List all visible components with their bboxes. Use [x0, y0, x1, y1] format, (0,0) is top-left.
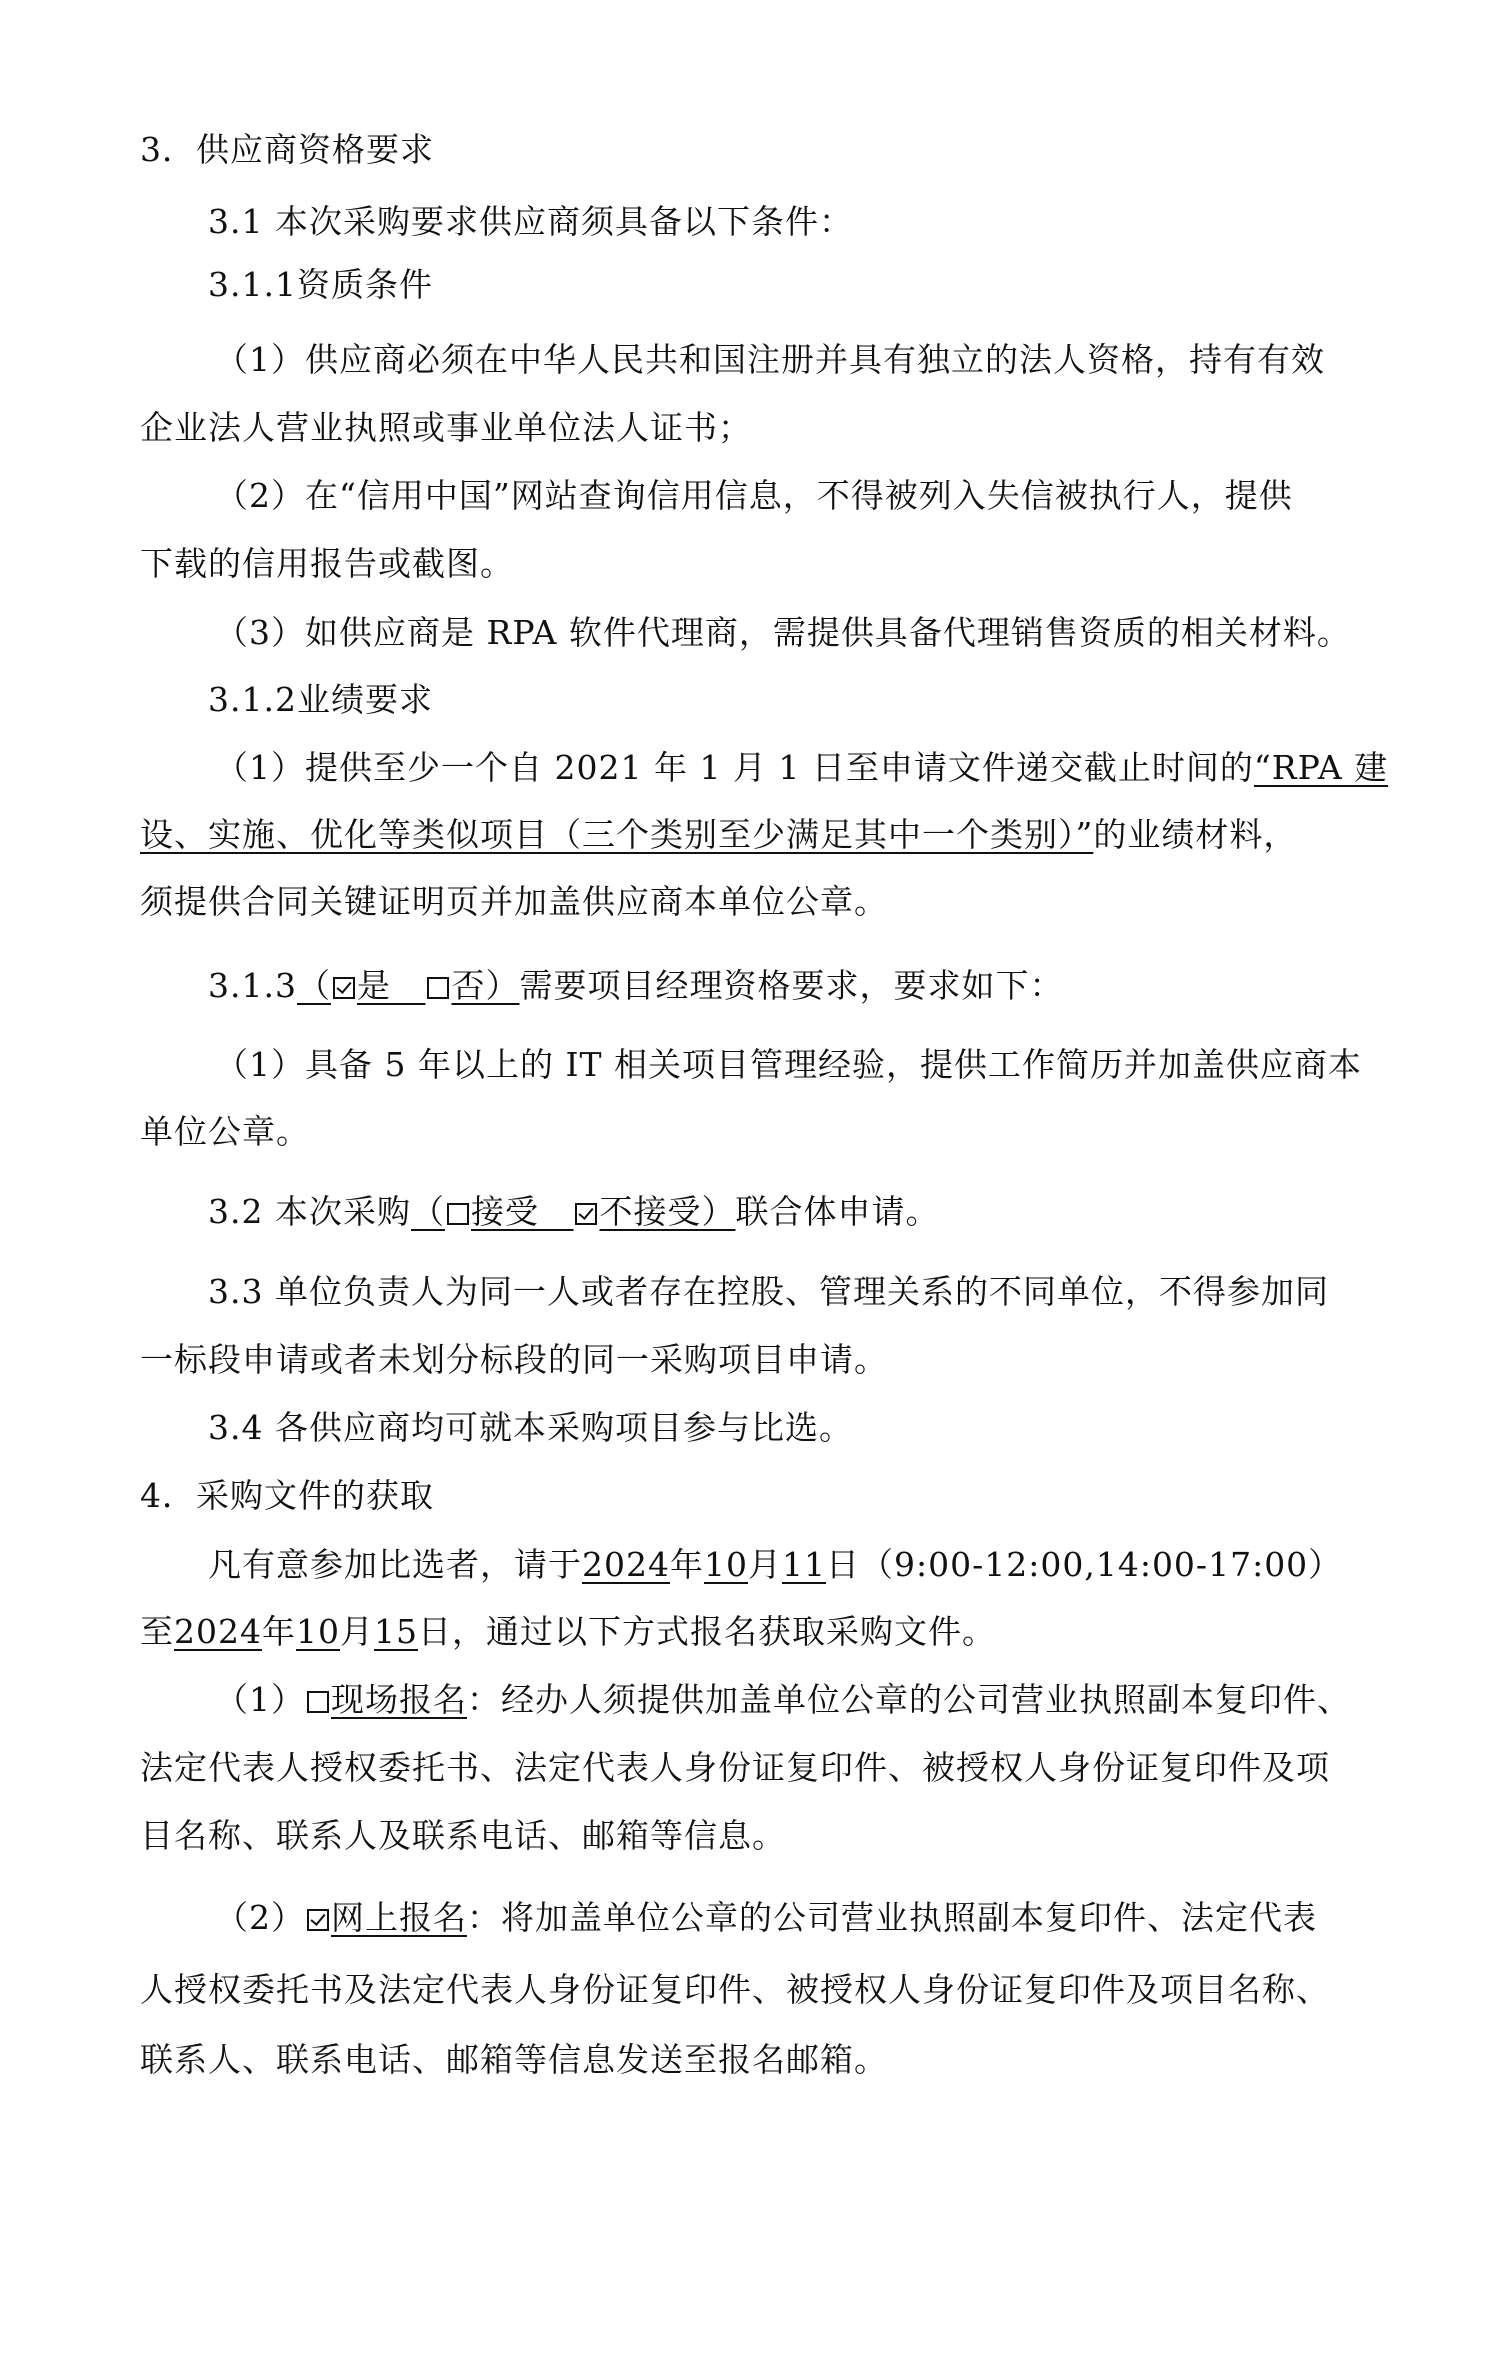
year-label: 年	[670, 1545, 704, 1584]
pm-no-label: 否）	[451, 966, 519, 1005]
online-label: 网上报名	[331, 1898, 467, 1937]
year-label: 年	[262, 1612, 296, 1651]
onsite-checkbox[interactable]	[307, 1691, 329, 1713]
day-and-times: 日（9:00-12:00,14:00-17:00）	[826, 1545, 1342, 1584]
clause-3-1-3-number: 3.1.3	[208, 966, 297, 1005]
clause-3-2-text: 3.2 本次采购	[208, 1192, 411, 1231]
onsite-number: （1）	[215, 1680, 305, 1719]
pm-1-line2: 单位公章。	[140, 1112, 310, 1152]
clause-3-3-line1: 3.3 单位负责人为同一人或者存在控股、管理关系的不同单位，不得参加同	[208, 1272, 1329, 1312]
clause-3-1-3: 3.1.3（是 否）需要项目经理资格要求，要求如下：	[208, 966, 1063, 1006]
open-paren: （	[411, 1192, 445, 1231]
clause-3-3-line2: 一标段申请或者未划分标段的同一采购项目申请。	[140, 1340, 888, 1380]
onsite-text: ：经办人须提供加盖单位公章的公司营业执照副本复印件、	[467, 1680, 1351, 1719]
performance-1-suffix: 的业绩材料，	[1093, 815, 1297, 854]
month-label: 月	[748, 1545, 782, 1584]
to-label: 至	[140, 1612, 174, 1651]
end-day: 15	[374, 1612, 418, 1652]
online-text: ：将加盖单位公章的公司营业执照副本复印件、法定代表	[467, 1898, 1317, 1937]
qualification-1-line1: （1）供应商必须在中华人民共和国注册并具有独立的法人资格，持有有效	[215, 340, 1325, 380]
performance-1-underlined-b: 设、实施、优化等类似项目（三个类别至少满足其中一个类别）”	[140, 815, 1093, 854]
clause-3-2: 3.2 本次采购（接受 不接受）联合体申请。	[208, 1192, 939, 1232]
onsite-label: 现场报名	[331, 1680, 467, 1719]
start-year: 2024	[582, 1545, 670, 1585]
pm-no-checkbox[interactable]	[427, 977, 449, 999]
registration-period-line2: 至 2024 年 10 月 15 日，通过以下方式报名获取采购文件。	[140, 1612, 996, 1652]
intro-text: 凡有意参加比选者，请于	[208, 1545, 582, 1584]
consortium-accept-label: 接受	[471, 1192, 539, 1231]
online-registration-line2: 人授权委托书及法定代表人身份证复印件、被授权人身份证复印件及项目名称、	[140, 1970, 1330, 2010]
online-option: 网上报名	[305, 1898, 467, 1937]
consortium-accept-checkbox[interactable]	[447, 1203, 469, 1225]
pm-yes-label: 是	[357, 966, 391, 1005]
onsite-registration-line1: （1）现场报名：经办人须提供加盖单位公章的公司营业执照副本复印件、	[215, 1680, 1351, 1720]
intro-end: 日，通过以下方式报名获取采购文件。	[418, 1612, 996, 1651]
pm-1-line1: （1）具备 5 年以上的 IT 相关项目管理经验，提供工作简历并加盖供应商本	[215, 1045, 1362, 1085]
end-year: 2024	[174, 1612, 262, 1652]
consortium-reject-checkbox[interactable]	[575, 1203, 597, 1225]
onsite-registration-line2: 法定代表人授权委托书、法定代表人身份证复印件、被授权人身份证复印件及项	[140, 1748, 1330, 1788]
clause-3-4: 3.4 各供应商均可就本采购项目参与比选。	[208, 1408, 853, 1448]
start-month: 10	[704, 1545, 748, 1585]
pm-requirement-options: （是 否）	[297, 966, 519, 1005]
section-3-heading: 3．供应商资格要求	[140, 130, 434, 170]
online-registration-line1: （2）网上报名：将加盖单位公章的公司营业执照副本复印件、法定代表	[215, 1898, 1317, 1938]
section-4-heading: 4．采购文件的获取	[140, 1476, 434, 1516]
consortium-reject-label: 不接受）	[599, 1192, 735, 1231]
open-paren: （	[297, 966, 331, 1005]
end-month: 10	[296, 1612, 340, 1652]
pm-yes-checkbox[interactable]	[333, 977, 355, 999]
performance-1-line2: 设、实施、优化等类似项目（三个类别至少满足其中一个类别）”的业绩材料，	[140, 815, 1297, 855]
onsite-option: 现场报名	[305, 1680, 467, 1719]
online-registration-line3: 联系人、联系电话、邮箱等信息发送至报名邮箱。	[140, 2040, 888, 2080]
clause-3-2-suffix: 联合体申请。	[735, 1192, 939, 1231]
qualification-2-line1: （2）在“信用中国”网站查询信用信息，不得被列入失信被执行人，提供	[215, 476, 1293, 516]
clause-3-1-2: 3.1.2业绩要求	[208, 680, 433, 720]
onsite-registration-line3: 目名称、联系人及联系电话、邮箱等信息。	[140, 1816, 786, 1856]
consortium-options: （接受 不接受）	[411, 1192, 735, 1231]
registration-period-line1: 凡有意参加比选者，请于 2024 年10月 11 日（9:00-12:00,14…	[208, 1545, 1342, 1585]
performance-1-underlined-a: “RPA 建	[1254, 748, 1388, 787]
online-number: （2）	[215, 1898, 305, 1937]
online-checkbox[interactable]	[307, 1909, 329, 1931]
performance-1-prefix: （1）提供至少一个自 2021 年 1 月 1 日至申请文件递交截止时间的	[215, 748, 1254, 787]
clause-3-1: 3.1 本次采购要求供应商须具备以下条件：	[208, 202, 853, 242]
clause-3-1-1: 3.1.1资质条件	[208, 265, 433, 305]
performance-1-line3: 须提供合同关键证明页并加盖供应商本单位公章。	[140, 882, 888, 922]
qualification-2-line2: 下载的信用报告或截图。	[140, 544, 514, 584]
performance-1-line1: （1）提供至少一个自 2021 年 1 月 1 日至申请文件递交截止时间的“RP…	[215, 748, 1388, 788]
start-day: 11	[782, 1545, 826, 1585]
month-label: 月	[340, 1612, 374, 1651]
clause-3-1-3-text: 需要项目经理资格要求，要求如下：	[519, 966, 1063, 1005]
qualification-3: （3）如供应商是 RPA 软件代理商，需提供具备代理销售资质的相关材料。	[215, 613, 1351, 653]
qualification-1-line2: 企业法人营业执照或事业单位法人证书；	[140, 408, 752, 448]
